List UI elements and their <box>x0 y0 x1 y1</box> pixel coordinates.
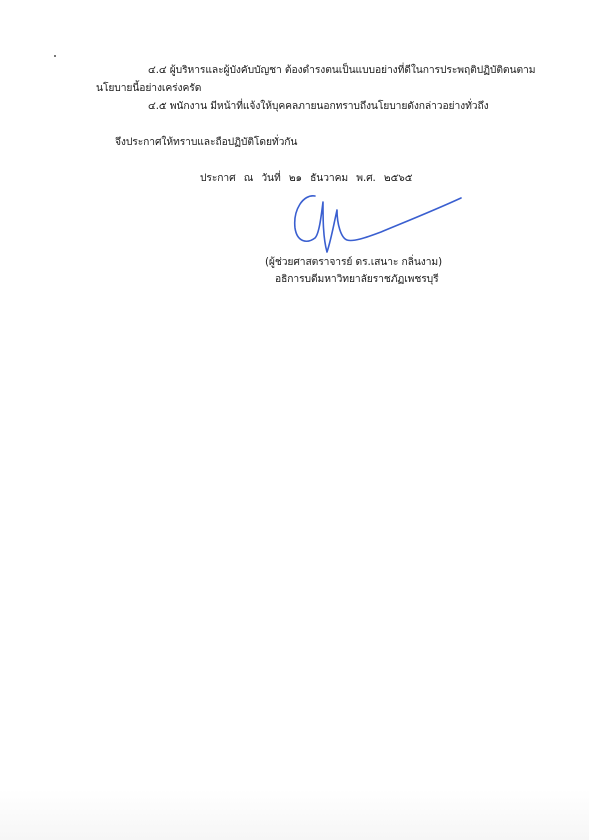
clause-4-4-line-2: นโยบายนี้อย่างเคร่งครัด <box>96 81 201 95</box>
date-line: ประกาศ ณ วันที่ ๒๑ ธันวาคม พ.ศ. ๒๕๖๕ <box>200 171 412 185</box>
clause-4-5: ๔.๕ พนักงาน มีหน้าที่แจ้งให้บุคคลภายนอกท… <box>148 99 489 113</box>
signer-title: อธิการบดีมหาวิทยาลัยราชภัฏเพชรบุรี <box>275 272 439 286</box>
scan-speck <box>54 55 56 57</box>
announcement-text: จึงประกาศให้ทราบและถือปฏิบัติโดยทั่วกัน <box>115 135 297 149</box>
clause-4-4-line-1: ๔.๔ ผู้บริหารและผู้บังคับบัญชา ต้องดำรงต… <box>148 63 535 77</box>
signature-icon <box>285 188 465 260</box>
document-page: ๔.๔ ผู้บริหารและผู้บังคับบัญชา ต้องดำรงต… <box>0 0 589 840</box>
signer-name: (ผู้ช่วยศาสตราจารย์ ดร.เสนาะ กลิ่นงาม) <box>265 255 442 269</box>
